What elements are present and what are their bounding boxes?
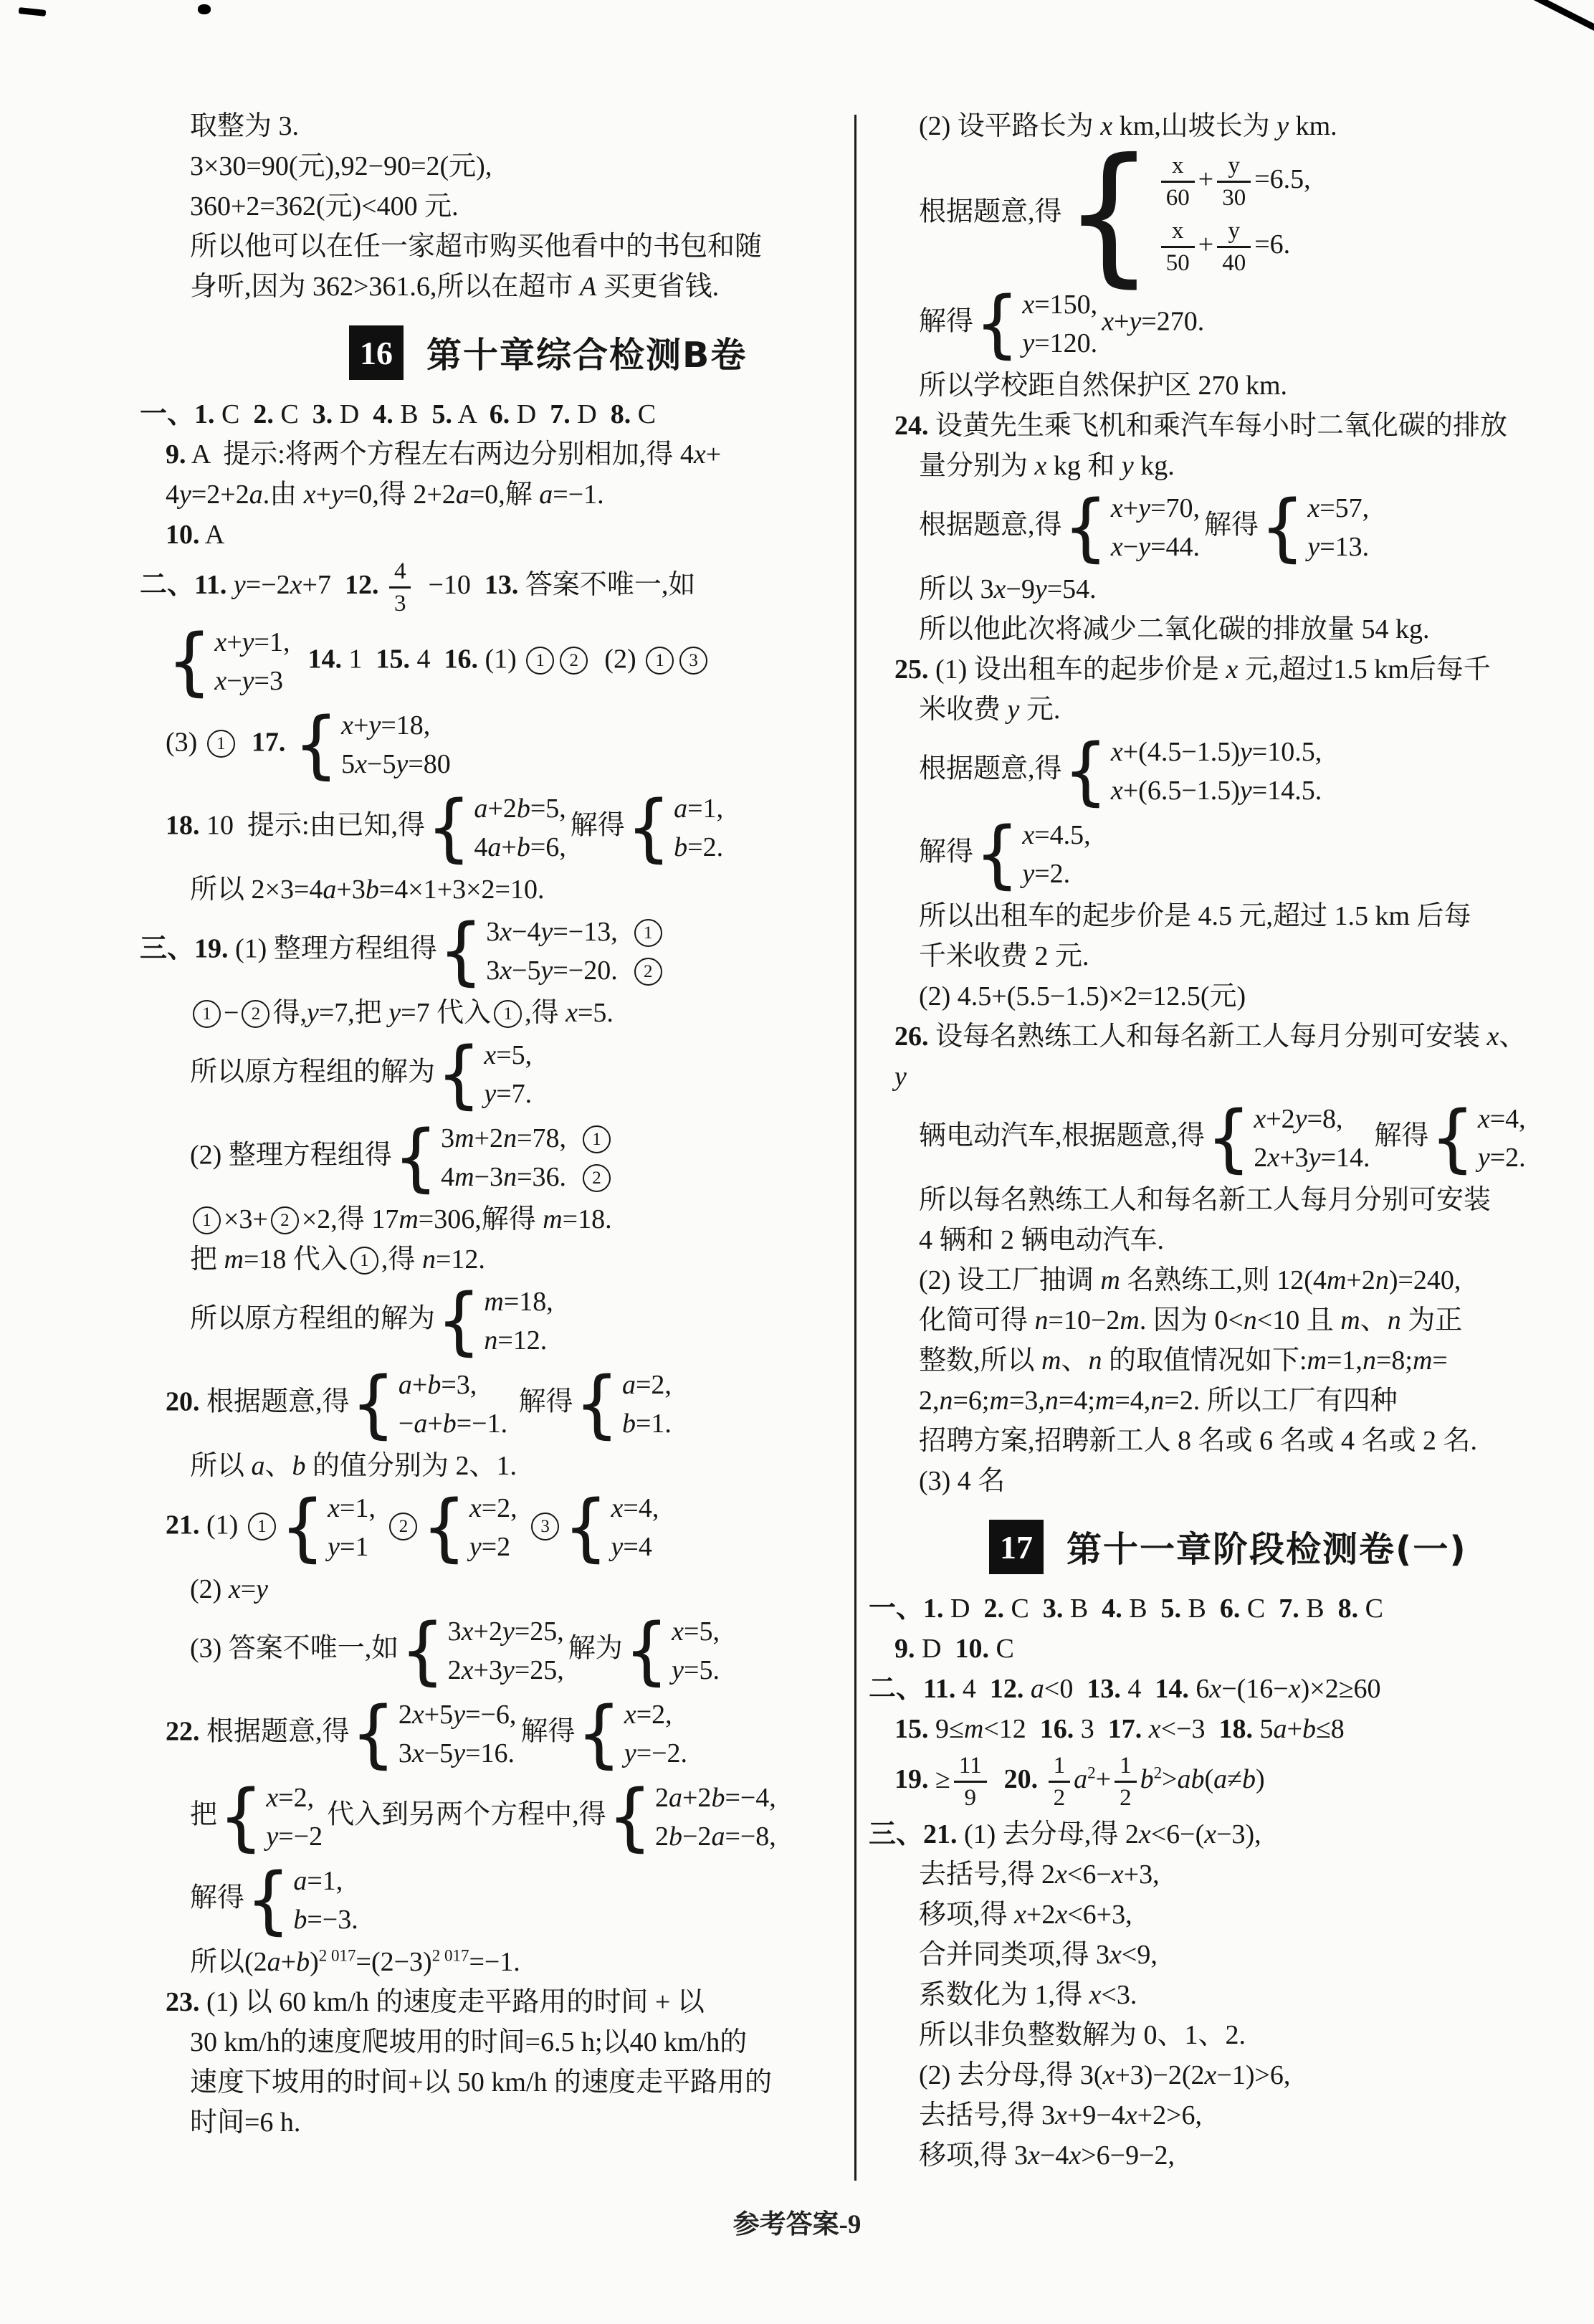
text-line: 三、21. (1) 去分母,得 2x<6−(x−3), [869,1814,1532,1854]
text-line: 二、11. 4 12. a<0 13. 4 14. 6x−(16−x)×2≥60 [869,1669,1532,1709]
text-line: 21. (1) 1{x=1,y=1 2{x=2,y=2 3{x=4,y=4 [140,1486,828,1569]
section-header: 16第十章综合检测B卷 [349,325,828,380]
brace-icon: { [439,918,483,985]
text-line: (2) 去分母,得 3(x+3)−2(2x−1)>6, [869,2055,1532,2095]
circled-number: 2 [583,1164,611,1192]
text-line: 把 m=18 代入1,得 n=12. [140,1239,828,1280]
section-header: 17第十一章阶段检测卷(一) [989,1520,1532,1574]
circled-number: 2 [242,1000,269,1028]
brace-icon: { [426,795,471,862]
circled-number: 1 [494,1000,522,1028]
text-line: 所以 a、b 的值分别为 2、1. [140,1446,828,1486]
fraction: x50 [1161,216,1195,278]
text-line: 根据题意,得{x+(4.5−1.5)y=10.5,x+(6.5−1.5)y=14… [869,730,1532,813]
equation-system: {x=5,y=7. [436,1036,532,1113]
equation-system: {2a+2b=−4,2b−2a=−8, [608,1778,776,1856]
fraction: 119 [954,1751,987,1813]
text-line: 整数,所以 m、n 的取值情况如下:m=1,n=8;m= [869,1340,1532,1381]
text-line: 把{x=2,y=−2代入到另两个方程中,得{2a+2b=−4,2b−2a=−8, [140,1776,828,1859]
brace-icon: { [1064,738,1108,805]
equation-system: {3m+2n=78, 14m−3n=36. 2 [393,1119,614,1196]
equation-system: {x=57,y=13. [1260,489,1369,566]
brace-icon: { [575,1371,619,1438]
equation-system: {x+(4.5−1.5)y=10.5,x+(6.5−1.5)y=14.5. [1064,733,1322,810]
circled-number: 1 [207,730,235,758]
equation-system: {a+b=3,−a+b=−1. [351,1366,508,1443]
equation-system: {x+y=70,x−y=44. [1064,489,1200,566]
equation-system: {x+2y=8,2x+3y=14. [1206,1100,1370,1177]
text-line: 取整为 3. [140,106,828,146]
equation-system: {x=5,y=5. [624,1612,720,1690]
brace-icon: { [246,1867,290,1934]
equation-system: {x+y=1,x−y=3 [167,623,290,700]
text-line: (2) 设工厂抽调 m 名熟练工,则 12(4m+2n)=240, [869,1260,1532,1300]
equation-system: {3x+2y=25,2x+3y=25, [400,1612,563,1690]
fraction: 12 [1049,1751,1071,1813]
fraction: 43 [389,556,411,619]
text-line: 4 辆和 2 辆电动汽车. [869,1220,1532,1260]
equation-system: {x+y=18,5x−5y=80 [294,706,451,784]
text-line: (3) 1 17. {x+y=18,5x−5y=80 [140,703,828,786]
brace-icon: { [400,1618,444,1685]
section-number-badge: 16 [349,325,404,380]
text-line: 一、1. D 2. C 3. B 4. B 5. B 6. C 7. B 8. … [869,1589,1532,1629]
text-line: 10. A [140,515,828,555]
equation-system: {x=2,y=2 [421,1489,517,1566]
text-line: 解得{x=150,y=120.x+y=270. [869,282,1532,366]
text-line: 量分别为 x kg 和 y kg. [869,446,1532,486]
text-line: 所以非负整数解为 0、1、2. [869,2015,1532,2055]
brace-icon: { [1064,147,1155,282]
text-line: 1−2得,y=7,把 y=7 代入1,得 x=5. [140,993,828,1033]
circled-number: 2 [271,1206,299,1234]
equation-system: {x=1,y=1 [280,1489,376,1566]
fraction: x60 [1161,151,1195,213]
text-line: (2) 整理方程组得{3m+2n=78, 14m−3n=36. 2 [140,1116,828,1199]
circled-number: 3 [531,1513,559,1540]
brace-icon: { [563,1495,608,1561]
equation-system: {3x−4y=−13, 13x−5y=−20. 2 [439,913,665,990]
section-title: 第十一章阶段检测卷(一) [1066,1522,1467,1572]
text-line: 所以 2×3=4a+3b=4×1+3×2=10. [140,870,828,910]
right-column: (2) 设平路长为 x km,山坡长为 y km.根据题意,得{x60+y30=… [869,106,1532,2176]
fraction: y30 [1217,151,1251,213]
text-line: 移项,得 3x−4x>6−9−2, [869,2135,1532,2176]
brace-icon: { [1431,1105,1475,1172]
scan-artifact-top-mid [198,4,211,14]
circled-number: 1 [248,1513,276,1540]
text-line: 一、1. C 2. C 3. D 4. B 5. A 6. D 7. D 8. … [140,394,828,434]
fraction: y40 [1217,216,1251,278]
text-line: 所以(2a+b)2 017=(2−3)2 017=−1. [140,1942,828,1982]
text-line: 25. (1) 设出租车的起步价是 x 元,超过1.5 km后每千 [869,649,1532,690]
brace-icon: { [975,291,1019,358]
circled-number: 1 [634,919,662,947]
text-line: 速度下坡用的时间+以 50 km/h 的速度走平路用的 [140,2062,828,2102]
text-line: 解得{x=4.5,y=2. [869,813,1532,896]
text-line: (2) 设平路长为 x km,山坡长为 y km. [869,106,1532,146]
text-line: 22. 根据题意,得{2x+5y=−6,3x−5y=16.解得{x=2,y=−2… [140,1692,828,1776]
text-line: 20. 根据题意,得{a+b=3,−a+b=−1. 解得{a=2,b=1. [140,1363,828,1446]
brace-icon: { [436,1288,481,1355]
text-line: (2) 4.5+(5.5−1.5)×2=12.5(元) [869,976,1532,1016]
text-line: 19. ≥119 20. 12a2+12b2>ab(a≠b) [869,1749,1532,1814]
scan-artifact-top-left [19,7,47,16]
text-line: 根据题意,得{x+y=70,x−y=44.解得{x=57,y=13. [869,486,1532,569]
equation-system: {x=2,y=−2 [219,1778,323,1856]
text-line: 三、19. (1) 整理方程组得{3x−4y=−13, 13x−5y=−20. … [140,910,828,993]
text-line: 30 km/h的速度爬坡用的时间=6.5 h;以40 km/h的 [140,2022,828,2062]
text-line: 26. 设每名熟练工人和每名新工人每月分别可安装 x、y [869,1016,1532,1097]
text-line: 移项,得 x+2x<6+3, [869,1895,1532,1935]
brace-icon: { [975,822,1019,888]
circled-number: 1 [646,647,674,675]
equation-system: {2x+5y=−6,3x−5y=16. [351,1695,517,1773]
equation-system: {a=2,b=1. [575,1366,672,1443]
text-line: 所以原方程组的解为{x=5,y=7. [140,1033,828,1116]
circled-number: 2 [389,1513,417,1540]
brace-icon: { [167,629,211,695]
text-line: (2) x=y [140,1569,828,1609]
scan-artifact-top-right [1515,0,1594,36]
left-column: 取整为 3.3×30=90(元),92−90=2(元),360+2=362(元)… [140,106,828,2143]
circled-number: 3 [679,647,707,675]
brace-icon: { [626,795,671,862]
brace-icon: { [280,1495,325,1561]
section-number-badge: 17 [989,1520,1044,1574]
text-line: 3×30=90(元),92−90=2(元), [140,146,828,186]
brace-icon: { [421,1495,466,1561]
text-line: 根据题意,得{x60+y30=6.5,x50+y40=6. [869,146,1532,282]
brace-icon: { [624,1618,669,1685]
column-divider [854,115,856,2181]
text-line: 18. 10 提示:由已知,得{a+2b=5,4a+b=6,解得{a=1,b=2… [140,786,828,870]
fraction: 12 [1115,1751,1137,1813]
brace-icon: { [1206,1105,1251,1172]
text-line: 9. A 提示:将两个方程左右两边分别相加,得 4x+ [140,434,828,475]
circled-number: 1 [193,1000,221,1028]
text-line: 招聘方案,招聘新工人 8 名或 6 名或 4 名或 2 名. [869,1421,1532,1461]
text-line: 所以他可以在任一家超市购买他看中的书包和随 [140,227,828,267]
circled-number: 1 [526,647,554,675]
equation-system: {x=2,y=−2. [576,1695,687,1773]
equation-system: {x60+y30=6.5,x50+y40=6. [1064,149,1311,280]
circled-number: 1 [193,1206,221,1234]
text-line: 24. 设黄先生乘飞机和乘汽车每小时二氧化碳的排放 [869,406,1532,446]
text-line: 去括号,得 3x+9−4x+2>6, [869,2095,1532,2135]
equation-system: {a=1,b=−3. [246,1862,358,1939]
page-footer: 参考答案-9 [0,2202,1594,2241]
brace-icon: { [436,1042,481,1108]
equation-system: {a=1,b=2. [626,789,723,867]
text-line: 二、11. y=−2x+7 12. 43 −10 13. 答案不唯一,如 [140,555,828,620]
brace-icon: { [219,1784,263,1851]
text-line: 身听,因为 362>361.6,所以在超市 A 买更省钱. [140,267,828,307]
text-line: 所以他此次将减少二氧化碳的排放量 54 kg. [869,609,1532,649]
equation-system: {a+2b=5,4a+b=6, [426,789,566,867]
circled-number: 2 [634,958,662,986]
circled-number: 2 [560,647,588,675]
text-line: 所以学校距自然保护区 270 km. [869,366,1532,406]
text-line: 2,n=6;m=3,n=4;m=4,n=2. 所以工厂有四种 [869,1381,1532,1421]
text-line: 360+2=362(元)<400 元. [140,186,828,227]
text-line: 化简可得 n=10−2m. 因为 0<n<10 且 m、n 为正 [869,1300,1532,1340]
text-line: 1×3+2×2,得 17m=306,解得 m=18. [140,1199,828,1239]
text-line: 系数化为 1,得 x<3. [869,1975,1532,2015]
circled-number: 1 [583,1125,611,1153]
text-line: {x+y=1,x−y=3 14. 1 15. 4 16. (1) 12 (2) … [140,620,828,703]
text-line: 4y=2+2a.由 x+y=0,得 2+2a=0,解 a=−1. [140,475,828,515]
text-line: 去括号,得 2x<6−x+3, [869,1854,1532,1895]
equation-system: {x=4,y=2. [1431,1100,1526,1177]
equation-system: {x=4,y=4 [563,1489,659,1566]
equation-system: {x=4.5,y=2. [975,816,1091,893]
text-line: 千米收费 2 元. [869,936,1532,976]
text-line: 9. D 10. C [869,1629,1532,1669]
circled-number: 1 [350,1247,378,1275]
brace-icon: { [608,1784,652,1851]
brace-icon: { [1064,495,1108,561]
brace-icon: { [351,1701,396,1768]
brace-icon: { [576,1701,621,1768]
text-line: 米收费 y 元. [869,690,1532,730]
section-title: 第十章综合检测B卷 [426,328,747,378]
text-line: 15. 9≤m<12 16. 3 17. x<−3 18. 5a+b≤8 [869,1709,1532,1749]
brace-icon: { [351,1371,396,1438]
brace-icon: { [294,712,338,778]
text-line: 所以出租车的起步价是 4.5 元,超过 1.5 km 后每 [869,896,1532,936]
text-line: 辆电动汽车,根据题意,得{x+2y=8,2x+3y=14.解得{x=4,y=2. [869,1097,1532,1180]
text-line: 所以原方程组的解为{m=18,n=12. [140,1280,828,1363]
text-line: 所以 3x−9y=54. [869,569,1532,609]
brace-icon: { [1260,495,1304,561]
text-line: (3) 4 名 [869,1461,1532,1501]
text-line: (3) 答案不唯一,如{3x+2y=25,2x+3y=25,解为{x=5,y=5… [140,1609,828,1692]
text-line: 23. (1) 以 60 km/h 的速度走平路用的时间 + 以 [140,1982,828,2022]
page-root: 取整为 3.3×30=90(元),92−90=2(元),360+2=362(元)… [0,0,1594,2324]
brace-icon: { [393,1125,438,1191]
text-line: 解得{a=1,b=−3. [140,1859,828,1942]
text-line: 时间=6 h. [140,2102,828,2143]
text-line: 所以每名熟练工人和每名新工人每月分别可安装 [869,1180,1532,1220]
text-line: 合并同类项,得 3x<9, [869,1935,1532,1975]
equation-system: {m=18,n=12. [436,1282,553,1360]
